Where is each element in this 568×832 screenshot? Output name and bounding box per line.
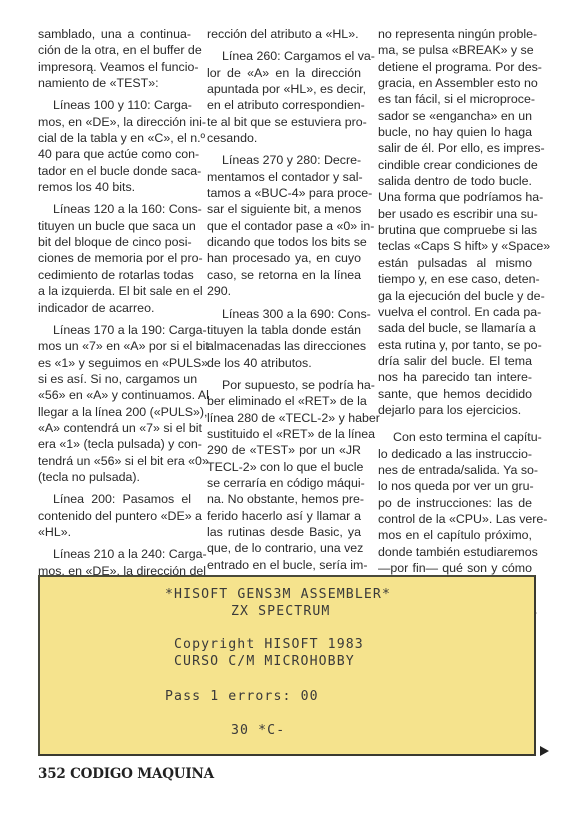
text-line: Una forma que podríamos ha- <box>378 189 532 205</box>
text-line: TECL-2» con lo que el bucle <box>207 459 361 475</box>
text-column-right: no representa ningún proble-ma, se pulsa… <box>378 26 532 669</box>
text-line: donde también estudiaremos <box>378 544 532 560</box>
text-line: lo dedicado a las instruccio- <box>378 446 532 462</box>
text-line: almacenadas las direcciones <box>207 338 361 354</box>
text-line: las rutinas desde Basic, ya <box>207 524 361 540</box>
screen-text-line: Pass 1 errors: 00 <box>165 689 319 704</box>
text-line: sar el siguiente bit, a menos <box>207 201 361 217</box>
text-line: dejarlo para los ejercicios. <box>378 402 532 418</box>
text-line: han procesado ya, en cuyo <box>207 250 361 266</box>
text-line: a la izquierda. El bit sale en el <box>38 283 191 299</box>
text-line: ber usado es escribir una su- <box>378 206 532 222</box>
text-line: «56» en «A» y continuamos. Al <box>38 387 191 403</box>
text-line: namiento de «TEST»: <box>38 75 191 91</box>
text-line: sador se «engancha» en un <box>378 108 532 124</box>
text-line: control de la «CPU». Las vere- <box>378 511 532 527</box>
text-line: lor de «A» en la dirección <box>207 65 361 81</box>
text-line: salida dentro de todo bucle. <box>378 173 532 189</box>
text-line: Por supuesto, se podría ha- <box>207 377 361 393</box>
text-line: que el contador pase a «0» in- <box>207 218 361 234</box>
text-line: tituyen un bucle que saca un <box>38 218 191 234</box>
text-line: 290. <box>207 283 361 299</box>
text-line: brutina que compruebe si las <box>378 222 532 238</box>
section-title: CODIGO MAQUINA <box>70 766 214 782</box>
text-line: ción de la otra, en el buffer de <box>38 42 191 58</box>
text-line: tiempo y, en ese caso, deten- <box>378 271 532 287</box>
text-line: caso, se retorna en la línea <box>207 267 361 283</box>
text-line: impresorą. Veamos el funcio- <box>38 59 191 75</box>
text-line: te al bit que se estuviera pro- <box>207 114 361 130</box>
text-line: Líneas 100 y 110: Carga- <box>38 97 191 113</box>
text-line: llegar a la línea 200 («PULS»), <box>38 404 191 420</box>
screen-text-line: 30 *C- <box>231 723 285 738</box>
text-line: tendrá un «56» si el bit era «0» <box>38 453 191 469</box>
text-line: remos los 40 bits. <box>38 179 191 195</box>
page-footer: 352 CODIGO MAQUINA <box>38 766 214 782</box>
text-line: bucle, no hay quien lo haga <box>378 124 532 140</box>
text-line: Línea 260: Cargamos el va- <box>207 48 361 64</box>
text-line: 40 para que actúe como con- <box>38 146 191 162</box>
text-line: ciones de memoria por el pro- <box>38 250 191 266</box>
text-line: mos en el capítulo próximo, <box>378 527 532 543</box>
text-line: samblado, una a continua- <box>38 26 191 42</box>
text-line: en el atributo correspondien- <box>207 97 361 113</box>
text-line: detiene el programa. Por des- <box>378 59 532 75</box>
screen-text-line: CURSO C/M MICROHOBBY <box>174 654 355 669</box>
text-line: nos ha parecido tan intere- <box>378 369 532 385</box>
text-line: si es así. Si no, cargamos un <box>38 371 191 387</box>
text-line: esta rutina y, por tanto, se po- <box>378 337 532 353</box>
spectrum-screen-capture: *HISOFT GENS3M ASSEMBLER*ZX SPECTRUMCopy… <box>38 575 536 756</box>
text-line: gracia, en Assembler esto no <box>378 75 532 91</box>
text-line: cesando. <box>207 130 361 146</box>
text-line: teclas «Caps S hift» y «Space» <box>378 238 532 254</box>
text-line: es «1» y seguimos en «PULS» <box>38 355 191 371</box>
text-line: cial de la tabla y en «C», el n.º <box>38 130 191 146</box>
text-line: no representa ningún proble- <box>378 26 532 42</box>
text-line: ma, se pulsa «BREAK» y se <box>378 42 532 58</box>
text-line: están pulsadas al mismo <box>378 255 532 271</box>
text-line: era «1» (tecla pulsada) y con- <box>38 436 191 452</box>
text-line: (tecla no pulsada). <box>38 469 191 485</box>
paragraph-gap <box>378 418 532 429</box>
text-line: es tan fácil, si el microproce- <box>378 91 532 107</box>
page-number: 352 <box>38 766 66 782</box>
text-line: ber eliminado el «RET» de la <box>207 393 361 409</box>
text-line: línea 280 de «TECL-2» y haber <box>207 410 361 426</box>
text-line: dicando que todos los bits se <box>207 234 361 250</box>
text-line: entrado en el bucle, sería im- <box>207 557 361 573</box>
text-line: tamos a «BUC-4» para proce- <box>207 185 361 201</box>
text-line: rección del atributo a «HL». <box>207 26 361 42</box>
text-line: cindible crear condiciones de <box>378 157 532 173</box>
text-line: indicador de acarreo. <box>38 300 191 316</box>
text-line: de los 40 atributos. <box>207 355 361 371</box>
text-line: po de instrucciones: las de <box>378 495 532 511</box>
text-line: sada del bucle, se llamaría a <box>378 320 532 336</box>
continue-arrow-icon <box>540 746 549 756</box>
text-line: contenido del puntero «DE» a <box>38 508 191 524</box>
text-line: mos, en «DE», la dirección ini- <box>38 114 191 130</box>
text-line: sustituido el «RET» de la línea <box>207 426 361 442</box>
text-line: tador en el bucle donde saca- <box>38 163 191 179</box>
text-line: 290 de «TEST» por un «JR <box>207 442 361 458</box>
text-line: tituyen la tabla donde están <box>207 322 361 338</box>
text-line: apuntada por «HL», es decir, <box>207 81 361 97</box>
text-line: mentamos el contador y sal- <box>207 169 361 185</box>
text-line: «HL». <box>38 524 191 540</box>
text-line: na. No obstante, hemos pre- <box>207 491 361 507</box>
screen-text-line: ZX SPECTRUM <box>231 604 330 619</box>
text-line: nes de entrada/salida. Ya so- <box>378 462 532 478</box>
text-line: «A» contendrá un «7» si el bit <box>38 420 191 436</box>
text-line: Líneas 120 a la 160: Cons- <box>38 201 191 217</box>
text-line: ga la ejecución del bucle y de- <box>378 288 532 304</box>
text-line: Líneas 170 a la 190: Carga- <box>38 322 191 338</box>
screen-text-line: *HISOFT GENS3M ASSEMBLER* <box>165 587 391 602</box>
text-line: bit del bloque de cinco posi- <box>38 234 191 250</box>
text-line: Línea 200: Pasamos el <box>38 491 191 507</box>
text-line: cedimiento de rotarlas todas <box>38 267 191 283</box>
text-line: Líneas 300 a la 690: Cons- <box>207 306 361 322</box>
text-line: dría salir del bucle. El tema <box>378 353 532 369</box>
text-line: Líneas 210 a la 240: Carga- <box>38 546 191 562</box>
text-line: que, de lo contrario, una vez <box>207 540 361 556</box>
text-line: se cerraría en código máqui- <box>207 475 361 491</box>
text-line: salir de él. Por ello, es impres- <box>378 140 532 156</box>
text-line: sante, que hemos decidido <box>378 386 532 402</box>
text-line: Líneas 270 y 280: Decre- <box>207 152 361 168</box>
text-line: lo nos queda por ver un gru- <box>378 478 532 494</box>
screen-text-line: Copyright HISOFT 1983 <box>174 637 364 652</box>
text-line: —por fin— qué son y cómo <box>378 560 532 576</box>
text-line: vuelva el control. En cada pa- <box>378 304 532 320</box>
text-line: ferido hacerlo así y llamar a <box>207 508 361 524</box>
text-line: Con esto termina el capítu- <box>378 429 532 445</box>
text-line: mos un «7» en «A» por si el bit <box>38 338 191 354</box>
